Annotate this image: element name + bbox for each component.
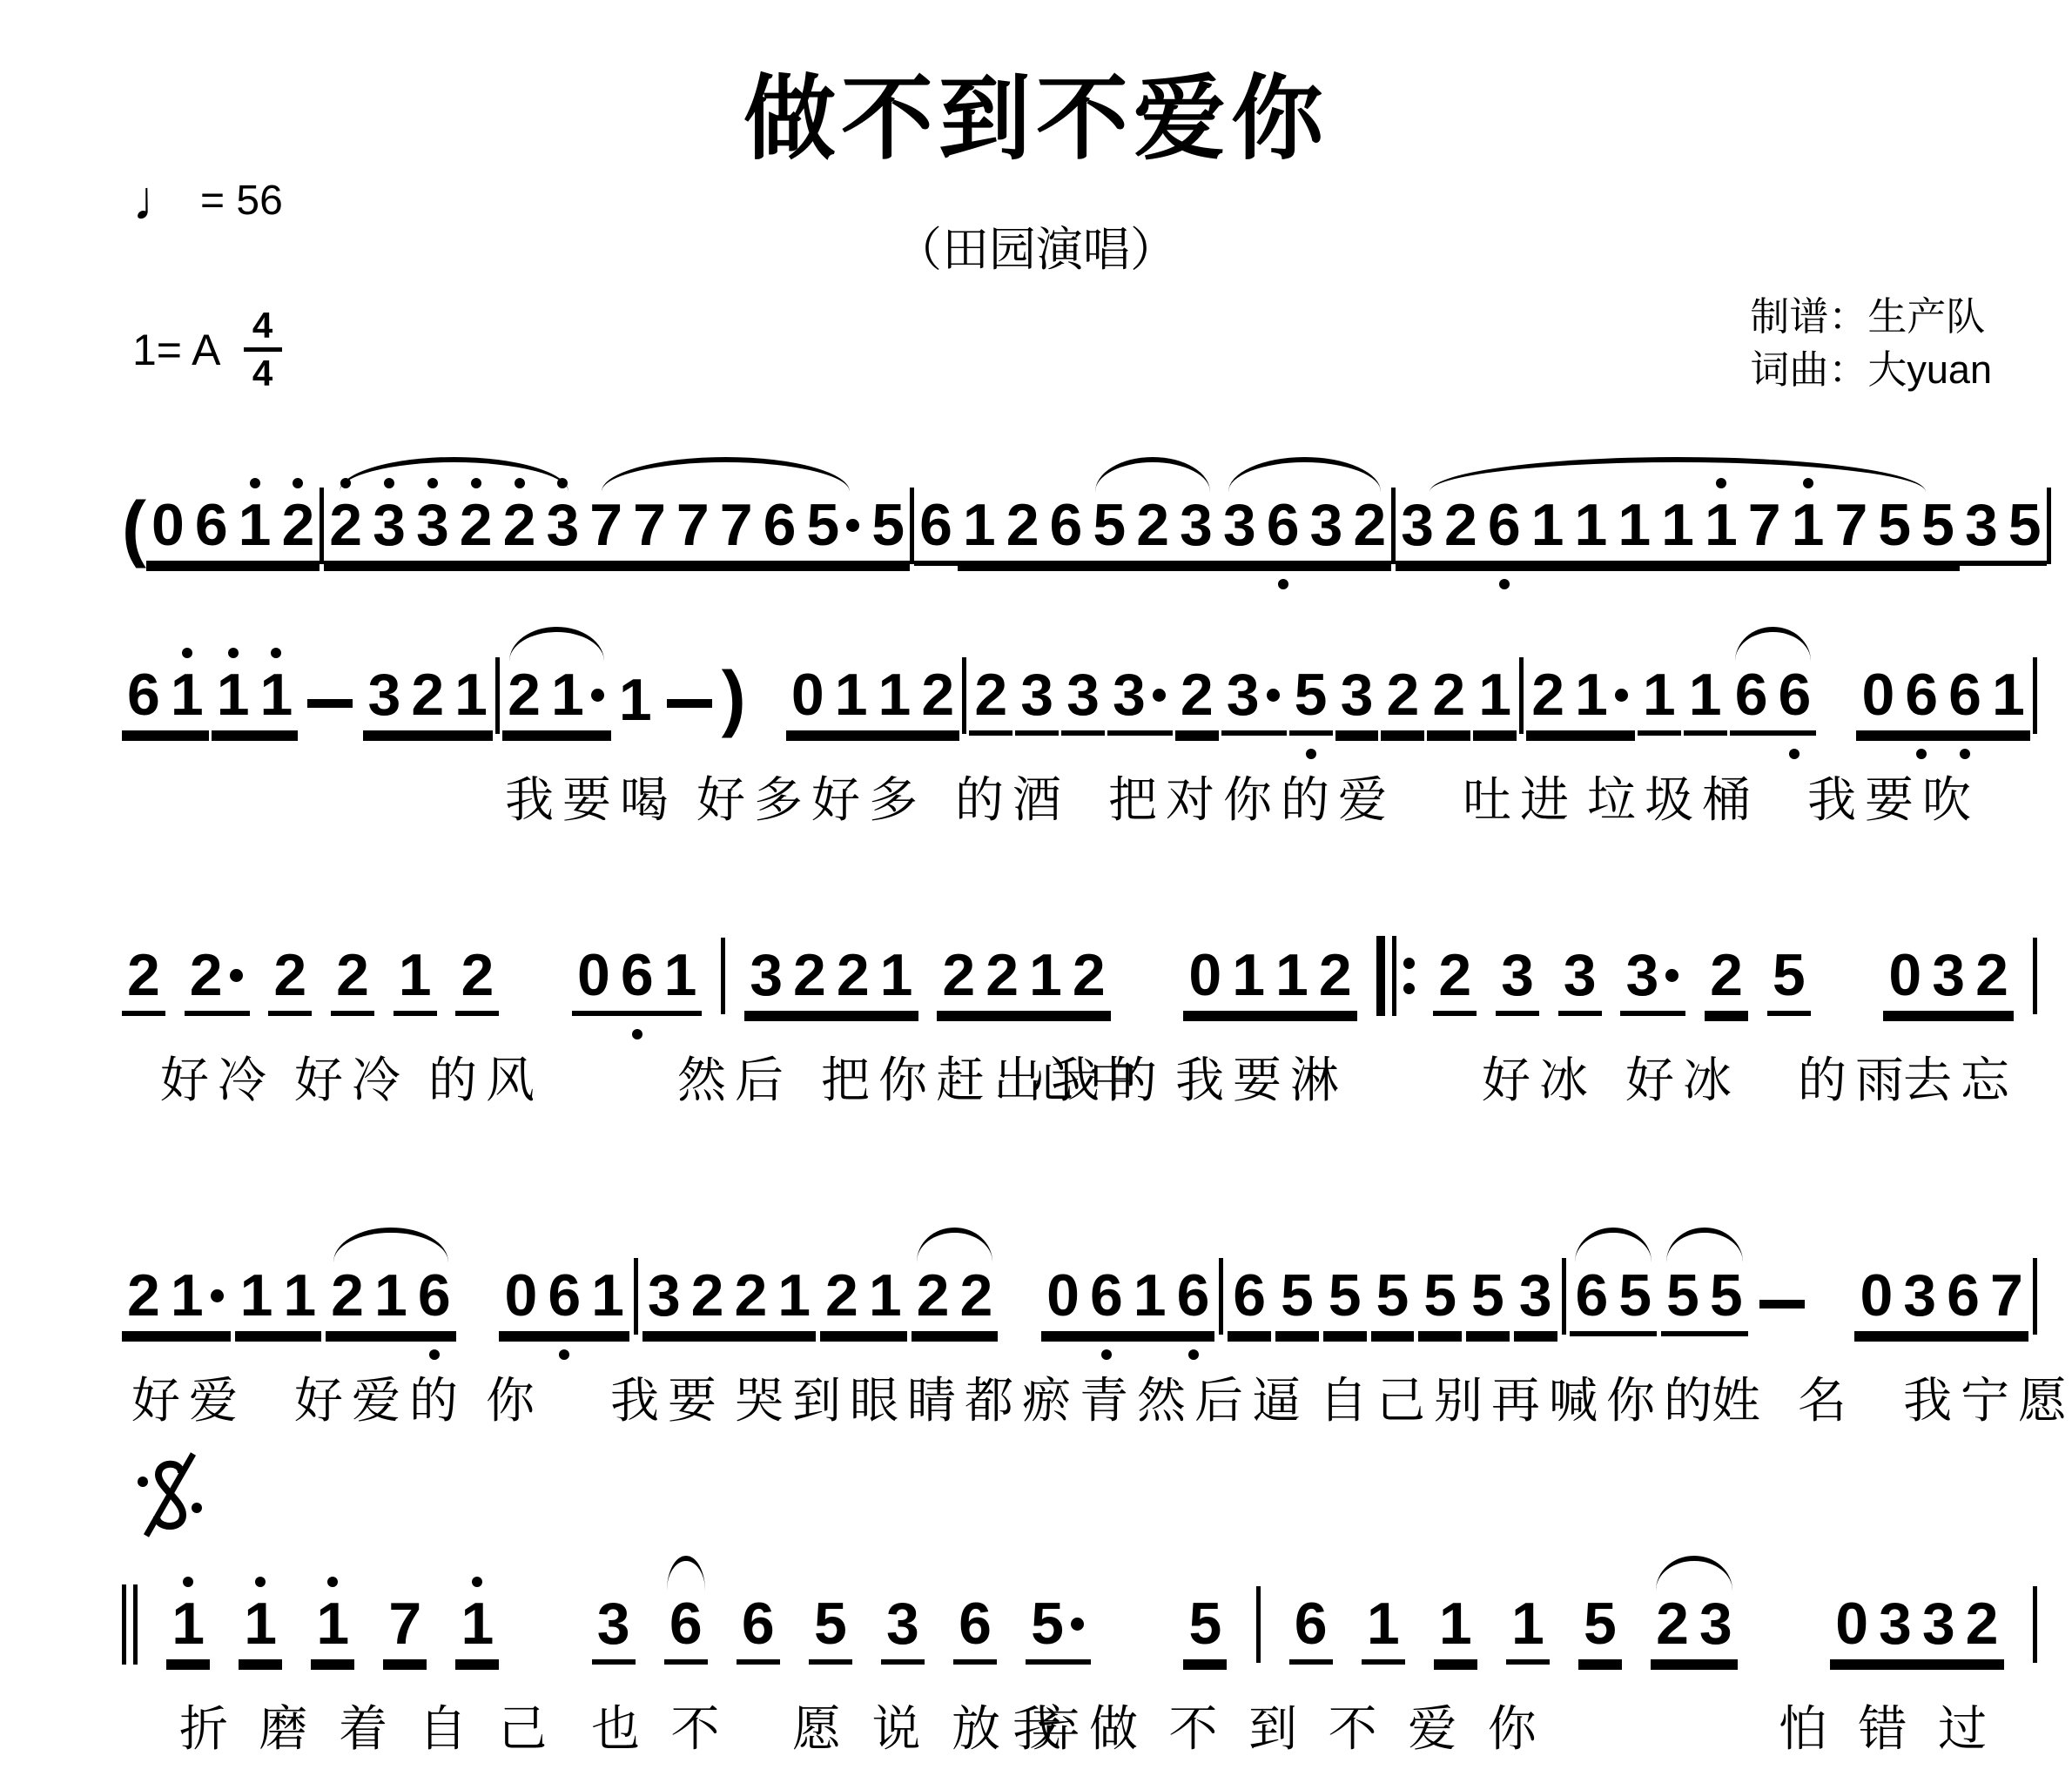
note: 3 bbox=[744, 945, 788, 1005]
thick-bar bbox=[1376, 936, 1385, 1016]
octave-dot-below bbox=[559, 1349, 569, 1360]
barline bbox=[634, 1258, 638, 1335]
augmentation-dot bbox=[591, 689, 604, 702]
note: 1 bbox=[455, 1594, 499, 1653]
note: 6 bbox=[1570, 1266, 1613, 1325]
note-group: 6 bbox=[664, 1594, 708, 1665]
barline bbox=[1562, 1258, 1566, 1335]
note-group: 23 bbox=[1651, 1594, 1738, 1665]
note: 2 bbox=[980, 945, 1024, 1005]
note: 2 bbox=[1526, 665, 1570, 724]
note: 6 bbox=[1483, 495, 1526, 555]
note: 6 bbox=[190, 495, 233, 555]
note: 7 bbox=[671, 495, 715, 555]
note: 3 bbox=[1620, 945, 1664, 1005]
note-group: 1 bbox=[311, 1594, 354, 1665]
lyric-segment: 自己别再喊你的 bbox=[1319, 1362, 1721, 1432]
note-group: 1 bbox=[455, 1594, 499, 1665]
augmentation-dot bbox=[1071, 1618, 1084, 1631]
note: 0 bbox=[572, 945, 616, 1005]
slur-arc bbox=[667, 1556, 705, 1591]
lyric-segment: 的风 bbox=[428, 1042, 543, 1112]
note-group: 2 bbox=[122, 945, 165, 1016]
note-group: 0112 bbox=[1183, 945, 1356, 1016]
note-group: 21 bbox=[1526, 665, 1635, 736]
note: 3 bbox=[1218, 495, 1261, 555]
lyric-segment: 我要喝 bbox=[505, 762, 677, 831]
key-label: 1= A bbox=[132, 325, 221, 375]
octave-dot-above bbox=[183, 1577, 193, 1587]
slur-arc bbox=[917, 1228, 993, 1262]
note-group: 6 bbox=[1289, 1594, 1333, 1665]
note-group: 5 bbox=[809, 1594, 852, 1665]
slur-arc bbox=[602, 457, 850, 492]
fraction-bar bbox=[244, 347, 282, 352]
performer-subtitle: （田园演唱） bbox=[0, 212, 2072, 279]
note: 7 bbox=[383, 1594, 427, 1653]
parenthesis: ( bbox=[122, 491, 146, 564]
note: 5 bbox=[1767, 945, 1811, 1005]
note-group: 3221 bbox=[642, 1266, 816, 1336]
lyric-segment: 然后逼 bbox=[1137, 1362, 1309, 1432]
slur-arc bbox=[1656, 1556, 1732, 1591]
note: 1 bbox=[1570, 665, 1613, 724]
note: 1 bbox=[546, 665, 589, 724]
note-group: 5 bbox=[1418, 1266, 1462, 1336]
lyric-segment: 好冰 bbox=[1482, 1042, 1597, 1112]
music-line-3: 222212061322122120112233325032 bbox=[122, 888, 2037, 1016]
note-group: 65 bbox=[1570, 1266, 1657, 1336]
note: 1 bbox=[586, 1266, 629, 1325]
note: 1 bbox=[369, 1266, 413, 1325]
lyric-segment: 垃圾桶 bbox=[1587, 762, 1759, 831]
note: 6 bbox=[758, 495, 802, 555]
barline bbox=[2033, 1586, 2037, 1663]
note-group: 3221 bbox=[744, 945, 918, 1016]
note: 6 bbox=[1900, 665, 1943, 724]
octave-dot-below bbox=[1188, 1349, 1199, 1360]
note: 1 bbox=[311, 1594, 354, 1653]
note: 6 bbox=[122, 665, 165, 724]
note: 0 bbox=[1856, 665, 1900, 724]
note: 5 bbox=[1371, 1266, 1415, 1325]
octave-dot-below bbox=[1960, 749, 1970, 759]
note-group: 5 bbox=[1466, 1266, 1510, 1336]
note: 1 bbox=[1569, 495, 1612, 555]
note-group: 2212 bbox=[937, 945, 1110, 1016]
octave-dot-above bbox=[250, 478, 260, 488]
note-group: 3 bbox=[1221, 665, 1287, 736]
note-group: 0332 bbox=[1830, 1594, 2003, 1665]
lyric-segment: 好爱 bbox=[131, 1362, 246, 1432]
parenthesis: ) bbox=[722, 661, 746, 734]
note: 1 bbox=[1612, 495, 1656, 555]
note-group: 2 bbox=[1427, 665, 1470, 736]
note: 1 bbox=[864, 1266, 907, 1325]
music-line-2: 6111321211)0112233323532212111660661 bbox=[122, 609, 2037, 736]
octave-dot-above bbox=[293, 478, 303, 488]
system-4: 2111216061322121220616655555365550367 好爱… bbox=[122, 1210, 2037, 1425]
note: 5 bbox=[2003, 495, 2047, 555]
note: 1 bbox=[235, 1266, 279, 1325]
note-group: 21 bbox=[122, 1266, 231, 1336]
note: 1 bbox=[830, 665, 873, 724]
note: 2 bbox=[1348, 495, 1391, 555]
note-group: 5 bbox=[866, 495, 910, 566]
note: 1 bbox=[1128, 1266, 1172, 1325]
note: 6 bbox=[1172, 1266, 1215, 1325]
note: 0 bbox=[1854, 1266, 1898, 1325]
barline bbox=[2033, 938, 2037, 1014]
note: 2 bbox=[185, 945, 228, 1005]
note: 3 bbox=[881, 1594, 925, 1653]
note: 5 bbox=[1705, 1266, 1748, 1325]
note: 2 bbox=[729, 1266, 772, 1325]
note-group: 3261111171755 bbox=[1396, 495, 1960, 566]
note-group: 1 bbox=[1473, 665, 1517, 736]
note: 2 bbox=[1175, 665, 1219, 724]
note: 2 bbox=[1131, 495, 1174, 555]
note-group: 5 bbox=[1289, 665, 1333, 736]
note: 0 bbox=[499, 1266, 542, 1325]
note: 7 bbox=[584, 495, 628, 555]
note: 1 bbox=[875, 945, 918, 1005]
note: 2 bbox=[1433, 945, 1477, 1005]
credit-writer: 词曲：大yuan bbox=[1750, 344, 1992, 397]
slur-arc bbox=[1430, 457, 1926, 492]
lyric-segment: 我要淋 bbox=[1175, 1042, 1348, 1112]
note: 1 bbox=[1786, 495, 1830, 555]
double-barline bbox=[122, 1584, 138, 1665]
note: 2 bbox=[937, 945, 980, 1005]
barline bbox=[1519, 657, 1524, 734]
note: 3 bbox=[411, 495, 454, 555]
octave-dot-below bbox=[632, 1029, 642, 1039]
note-group: 6 bbox=[737, 1594, 780, 1665]
note: 3 bbox=[1305, 495, 1349, 555]
note: 1 bbox=[165, 665, 209, 724]
note-group: 777765 bbox=[584, 495, 866, 566]
note: 1 bbox=[1699, 495, 1743, 555]
octave-dot-below bbox=[1789, 749, 1800, 759]
note-group: 3 bbox=[592, 1594, 636, 1665]
note: 1 bbox=[772, 1266, 816, 1325]
credit-arranger: 制谱：生产队 bbox=[1750, 291, 1992, 344]
note: 1 bbox=[873, 665, 917, 724]
note: 1 bbox=[233, 495, 277, 555]
note: 5 bbox=[809, 1594, 852, 1653]
note: 6 bbox=[664, 1594, 708, 1653]
lyric-segment: 哭到眼睛都瘀青 bbox=[735, 1362, 1137, 1432]
barline bbox=[1219, 1258, 1223, 1335]
note-group: 1 bbox=[1506, 1594, 1550, 1665]
note-group: 1 bbox=[614, 670, 657, 736]
system-1: (061223322377776556126523363232611111717… bbox=[122, 440, 2037, 566]
note: 3 bbox=[1107, 665, 1151, 724]
note: 2 bbox=[326, 1266, 369, 1325]
note-group: 321 bbox=[363, 665, 493, 736]
note: 3 bbox=[1874, 1594, 1917, 1653]
note: 1 bbox=[1227, 945, 1270, 1005]
note-group: 6 bbox=[1228, 1266, 1271, 1336]
note: 2 bbox=[1381, 665, 1424, 724]
time-signature: 4 4 bbox=[244, 306, 282, 393]
note-group: 6 bbox=[953, 1594, 997, 1665]
lyric-segment: 好冷 bbox=[294, 1042, 409, 1112]
note: 2 bbox=[122, 1266, 165, 1325]
note-group: 61 bbox=[122, 665, 209, 736]
note-group: 3632 bbox=[1218, 495, 1391, 566]
note-group: 6 bbox=[914, 495, 958, 566]
lyric-segment: 我要吹 bbox=[1807, 762, 1980, 831]
note: 1 bbox=[278, 1266, 321, 1325]
note: 1 bbox=[394, 945, 437, 1005]
note: 6 bbox=[1941, 1266, 1985, 1325]
note-group: 2 bbox=[1381, 665, 1424, 736]
note: 1 bbox=[1270, 945, 1314, 1005]
octave-dot-above bbox=[271, 648, 281, 658]
note: 2 bbox=[1314, 945, 1357, 1005]
note: 1 bbox=[1473, 665, 1517, 724]
note: 1 bbox=[1024, 945, 1067, 1005]
note-group: 21 bbox=[502, 665, 611, 736]
note: 5 bbox=[1087, 495, 1131, 555]
lyric-segment: 好多好多 bbox=[696, 762, 926, 831]
note-group: 0112 bbox=[786, 665, 959, 736]
note: 2 bbox=[324, 495, 367, 555]
note: 2 bbox=[831, 945, 875, 1005]
note-group: 3 bbox=[881, 1594, 925, 1665]
note-group: 1 bbox=[1684, 665, 1727, 736]
lyric-segment: 名 bbox=[1798, 1362, 1855, 1432]
note: 5 bbox=[866, 495, 910, 555]
note: 3 bbox=[1061, 665, 1105, 724]
lyric-segment: 把对你的爱 bbox=[1108, 762, 1396, 831]
note: 3 bbox=[1694, 1594, 1738, 1653]
slur-arc bbox=[1095, 457, 1210, 492]
quarter-note-icon: ♩ bbox=[132, 172, 188, 228]
note: 6 bbox=[953, 1594, 997, 1653]
note: 2 bbox=[686, 1266, 730, 1325]
note: 6 bbox=[1228, 1266, 1271, 1325]
slur-arc bbox=[1575, 1228, 1652, 1262]
lyric-segment: 你 bbox=[486, 1362, 543, 1432]
octave-dot-below bbox=[429, 1349, 440, 1360]
note-group: 21 bbox=[820, 1266, 907, 1336]
dash-note bbox=[667, 699, 712, 708]
note-group: 1 bbox=[394, 945, 437, 1016]
note-group: 523 bbox=[1087, 495, 1217, 566]
note: 6 bbox=[616, 945, 659, 1005]
lyric-segment: 吐进 bbox=[1463, 762, 1578, 831]
lyrics-line-3: 好冷好冷的风然后把你赶出我的心中我要淋好冰好冰的雨去忘 bbox=[122, 1042, 2037, 1105]
note-group: 3 bbox=[1107, 665, 1173, 736]
music-line-5: 111713665365561115230332 bbox=[122, 1537, 2037, 1665]
lyric-segment: 心中 bbox=[1032, 1042, 1147, 1112]
note-group: 2 bbox=[1705, 945, 1748, 1016]
note-group: 1 bbox=[239, 1594, 282, 1665]
note: 2 bbox=[1705, 945, 1748, 1005]
slur-arc bbox=[1666, 1228, 1743, 1262]
lyrics-line-2: 我要喝好多好多的酒把对你的爱吐进垃圾桶我要吹 bbox=[122, 762, 2037, 824]
note-group: 0612 bbox=[146, 495, 320, 566]
note: 1 bbox=[1684, 665, 1727, 724]
note: 2 bbox=[406, 665, 449, 724]
note: 3 bbox=[1514, 1266, 1557, 1325]
note: 2 bbox=[122, 945, 165, 1005]
note: 0 bbox=[1183, 945, 1227, 1005]
note: 5 bbox=[1873, 495, 1916, 555]
lyric-segment: 的酒 bbox=[955, 762, 1070, 831]
note: 3 bbox=[541, 495, 584, 555]
note: 3 bbox=[642, 1266, 686, 1325]
octave-dot-above bbox=[228, 648, 239, 658]
note: 5 bbox=[1661, 1266, 1705, 1325]
note: 2 bbox=[912, 1266, 955, 1325]
page-title: 做不到不爱你 bbox=[0, 45, 2072, 178]
note: 2 bbox=[1427, 665, 1470, 724]
note-group: 5 bbox=[1275, 1266, 1319, 1336]
note: 5 bbox=[1289, 665, 1333, 724]
slur-arc bbox=[1228, 457, 1381, 492]
octave-dot-below bbox=[1499, 579, 1510, 589]
note: 5 bbox=[1466, 1266, 1510, 1325]
augmentation-dot bbox=[1665, 969, 1678, 982]
note-group: 2 bbox=[455, 945, 499, 1016]
note: 7 bbox=[1985, 1266, 2028, 1325]
note: 2 bbox=[1001, 495, 1045, 555]
barline bbox=[721, 938, 725, 1014]
note: 6 bbox=[1085, 1266, 1128, 1325]
note-group: 1 bbox=[1362, 1594, 1405, 1665]
note-group: 5 bbox=[1578, 1594, 1622, 1665]
augmentation-dot bbox=[211, 1289, 224, 1302]
note: 5 bbox=[1418, 1266, 1462, 1325]
barline bbox=[2033, 1258, 2037, 1335]
note: 2 bbox=[969, 665, 1012, 724]
note: 1 bbox=[449, 665, 493, 724]
lyric-segment: 好爱的 bbox=[294, 1362, 467, 1432]
note: 6 bbox=[1045, 495, 1088, 555]
augmentation-dot bbox=[1153, 689, 1166, 702]
note: 3 bbox=[1174, 495, 1218, 555]
note: 2 bbox=[1961, 1594, 2004, 1653]
slur-arc bbox=[340, 457, 568, 492]
octave-dot-above bbox=[255, 1577, 266, 1587]
note-group: 2 bbox=[969, 665, 1012, 736]
note: 3 bbox=[363, 665, 407, 724]
note-group: 061 bbox=[572, 945, 702, 1016]
note: 6 bbox=[1943, 665, 1987, 724]
note-group: 0616 bbox=[1041, 1266, 1214, 1336]
music-line-1: (061223322377776556126523363232611111717… bbox=[122, 440, 2037, 566]
lyric-segment: 怕 错 过 bbox=[1779, 1691, 1995, 1760]
note: 1 bbox=[614, 670, 657, 730]
lyric-segment: 去忘 bbox=[1903, 1042, 2018, 1112]
note-group: 35 bbox=[1960, 495, 2047, 566]
note: 7 bbox=[1743, 495, 1786, 555]
note-group: 2 bbox=[331, 945, 374, 1016]
note-group: 5 bbox=[1767, 945, 1811, 1016]
note: 2 bbox=[331, 945, 374, 1005]
note: 2 bbox=[820, 1266, 864, 1325]
augmentation-dot bbox=[846, 519, 859, 532]
note: 6 bbox=[542, 1266, 586, 1325]
note: 6 bbox=[914, 495, 958, 555]
note: 5 bbox=[801, 495, 844, 555]
note: 1 bbox=[1526, 495, 1570, 555]
note-group: 3 bbox=[1558, 945, 1602, 1016]
tempo-marking: ♩ = 56 bbox=[132, 172, 283, 228]
note: 3 bbox=[1960, 495, 2003, 555]
note-group: 11 bbox=[235, 1266, 322, 1336]
system-3: 222212061322122120112233325032 好冷好冷的风然后把… bbox=[122, 888, 2037, 1105]
octave-dot-above bbox=[327, 1577, 338, 1587]
lyric-segment: 姓 bbox=[1712, 1362, 1769, 1432]
note-group: 5 bbox=[1371, 1266, 1415, 1336]
note: 3 bbox=[1496, 945, 1539, 1005]
note-group: 2 bbox=[1175, 665, 1219, 736]
note: 3 bbox=[1558, 945, 1602, 1005]
octave-dot-below bbox=[1278, 579, 1288, 589]
note-group: 2 bbox=[268, 945, 312, 1016]
slur-arc bbox=[1735, 627, 1812, 662]
lyric-segment: 好冰 bbox=[1625, 1042, 1740, 1112]
note-group: 3 bbox=[1496, 945, 1539, 1016]
barline bbox=[2033, 657, 2037, 734]
system-2: 6111321211)0112233323532212111660661 我要喝… bbox=[122, 609, 2037, 824]
octave-dot-below bbox=[1306, 749, 1316, 759]
note: 1 bbox=[659, 945, 703, 1005]
time-signature-top: 4 bbox=[252, 306, 272, 345]
note: 3 bbox=[592, 1594, 636, 1653]
note-group: 11 bbox=[212, 665, 299, 736]
note: 0 bbox=[146, 495, 190, 555]
note: 2 bbox=[268, 945, 312, 1005]
note: 2 bbox=[916, 665, 959, 724]
note: 2 bbox=[502, 665, 546, 724]
note: 2 bbox=[1067, 945, 1111, 1005]
note: 6 bbox=[1730, 665, 1773, 724]
lyric-segment: 好冷 bbox=[160, 1042, 275, 1112]
note: 1 bbox=[212, 665, 255, 724]
note-group: 3 bbox=[1514, 1266, 1557, 1336]
system-5: 111713665365561115230332 折 磨 着 自 己也 不愿 说… bbox=[122, 1537, 2037, 1753]
note: 3 bbox=[1898, 1266, 1941, 1325]
note-group: 1 bbox=[1638, 665, 1681, 736]
lyric-segment: 我 bbox=[1012, 1691, 1070, 1760]
note: 1 bbox=[166, 1594, 210, 1653]
note: 6 bbox=[1261, 495, 1305, 555]
note: 2 bbox=[1439, 495, 1483, 555]
note: 5 bbox=[1613, 1266, 1657, 1325]
note: 0 bbox=[1883, 945, 1927, 1005]
octave-dot-below bbox=[1101, 1349, 1112, 1360]
note: 0 bbox=[786, 665, 830, 724]
note: 2 bbox=[454, 495, 498, 555]
note: 1 bbox=[958, 495, 1001, 555]
lyrics-line-4: 好爱好爱的你我要哭到眼睛都瘀青然后逼自己别再喊你的姓名我宁愿 bbox=[122, 1362, 2037, 1425]
octave-dot-above bbox=[182, 648, 192, 658]
augmentation-dot bbox=[1267, 689, 1280, 702]
barline bbox=[962, 657, 966, 734]
note: 3 bbox=[1917, 1594, 1961, 1653]
note-group: 5 bbox=[1183, 1594, 1227, 1665]
thin-bar bbox=[1392, 936, 1396, 1016]
augmentation-dot bbox=[1615, 689, 1628, 702]
note: 7 bbox=[628, 495, 671, 555]
note-group: 3 bbox=[1620, 945, 1685, 1016]
